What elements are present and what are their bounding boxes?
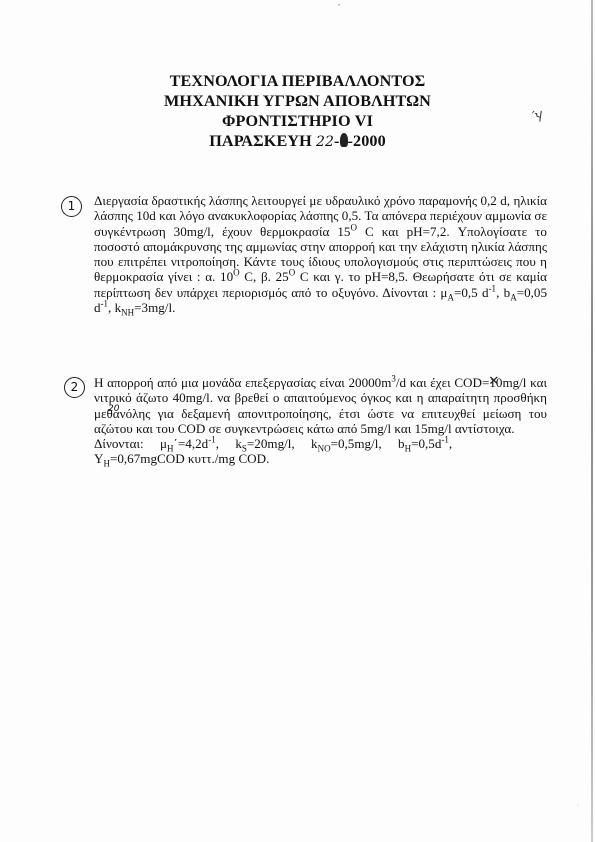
course-title: ΤΕΧΝΟΛΟΓΙΑ ΠΕΡΙΒΑΛΛΟΝΤΟΣ — [0, 71, 595, 91]
problem-1: Διεργασία δραστικής λάσπης λειτουργεί με… — [94, 193, 547, 315]
handwritten-day: 22 — [316, 134, 334, 150]
handwritten-correction: 20 — [108, 404, 119, 414]
problem-2-given: Δίνονται: μH΄=4,2d-1, kS=20mg/l, kNO=0,5… — [94, 436, 547, 467]
problem-2: Η απορροή από μια μονάδα επεξεργασίας εί… — [94, 375, 547, 467]
course-subtitle: ΜΗΧΑΝΙΚΗ ΥΓΡΩΝ ΑΠΟΒΛΗΤΩΝ — [0, 91, 595, 111]
document-header: ΤΕΧΝΟΛΟΓΙΑ ΠΕΡΙΒΑΛΛΟΝΤΟΣ ΜΗΧΑΝΙΚΗ ΥΓΡΩΝ … — [0, 71, 595, 152]
scan-speck: · — [577, 803, 579, 809]
handwritten-margin-mark: ′Ⴣ — [530, 109, 543, 125]
struck-value: 10 — [489, 375, 502, 390]
scan-speck: • — [338, 3, 340, 9]
problem-number-circle-1: 1 — [61, 196, 82, 217]
problem-number-circle-2: 2 — [64, 377, 85, 398]
tutorial-title: ΦΡΟΝΤΙΣΤΗΡΙΟ VI — [0, 111, 595, 131]
problem-1-text: Διεργασία δραστικής λάσπης λειτουργεί με… — [94, 193, 547, 315]
date-line: ΠΑΡΑΣΚΕΥΗ 22--2000 — [0, 131, 595, 152]
handwritten-month-blot — [340, 133, 348, 147]
problem-2-text: Η απορροή από μια μονάδα επεξεργασίας εί… — [94, 375, 547, 436]
